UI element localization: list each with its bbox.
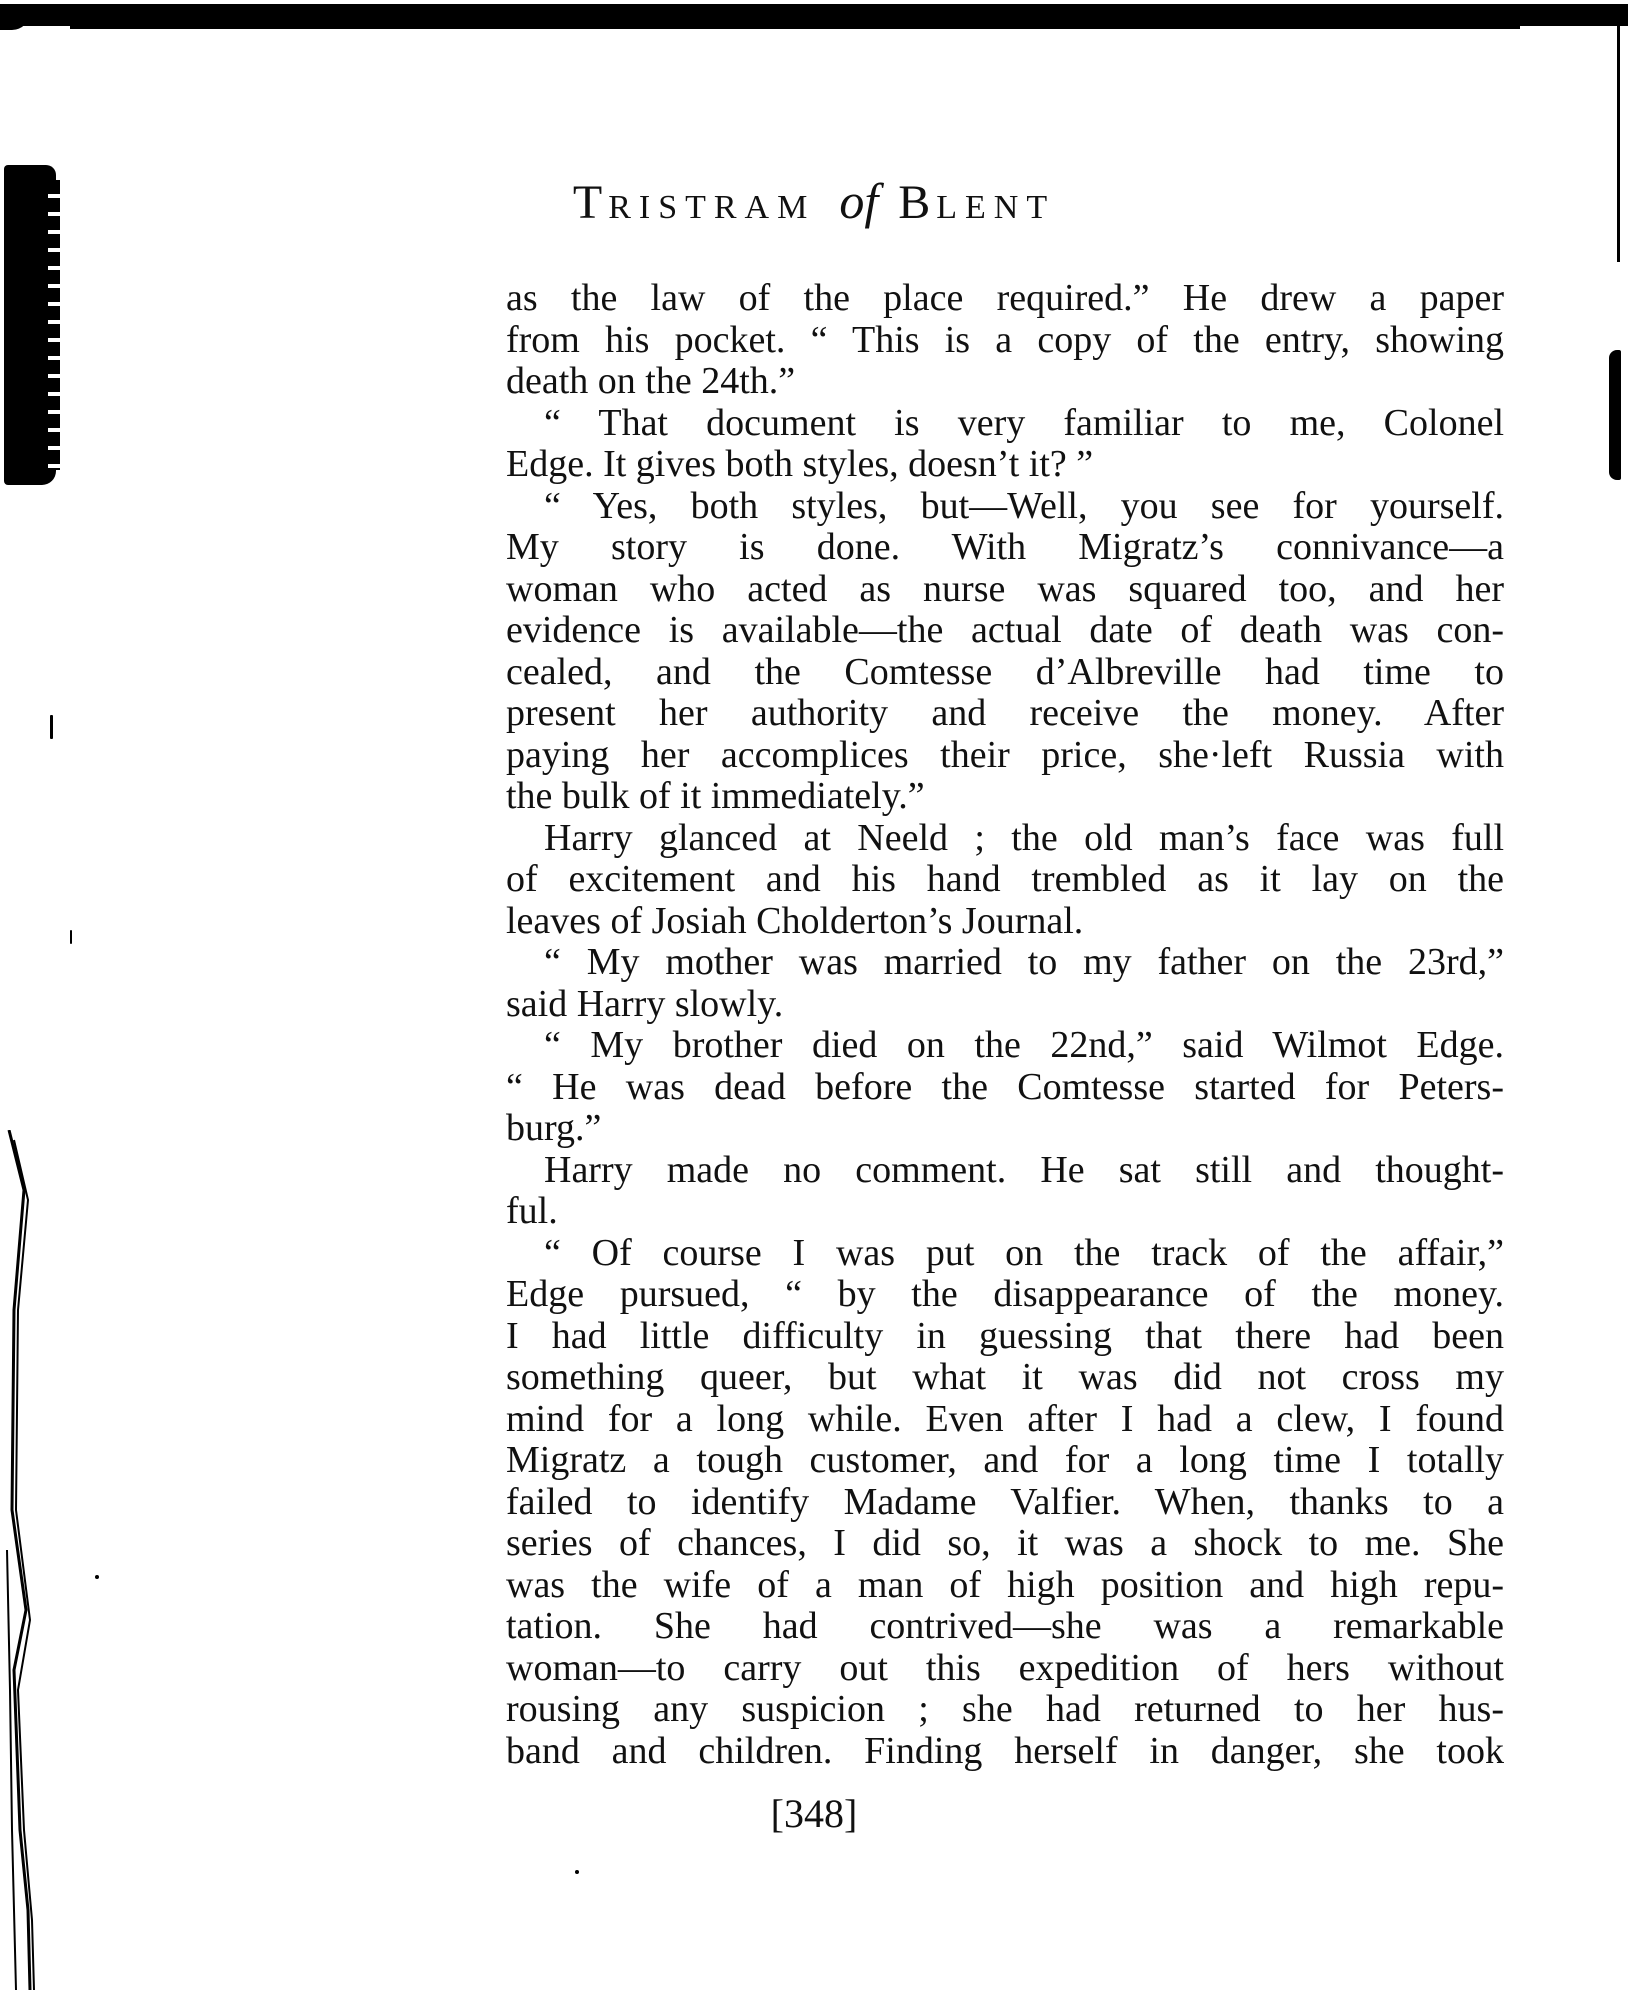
text-line: Harry made no comment. He sat still and … <box>506 1150 1504 1192</box>
running-head-connector: of <box>839 173 878 229</box>
text-line: as the law of the place required.” He dr… <box>506 278 1504 320</box>
text-line: from his pocket. “ This is a copy of the… <box>506 320 1504 362</box>
text-line: mind for a long while. Even after I had … <box>506 1399 1504 1441</box>
text-line: Migratz a tough customer, and for a long… <box>506 1440 1504 1482</box>
text-line: band and children. Finding herself in da… <box>506 1731 1504 1773</box>
text-line: My story is done. With Migratz’s conniva… <box>506 527 1504 569</box>
text-line: “ That document is very familiar to me, … <box>506 403 1504 445</box>
scan-page-edge-lines <box>6 1130 36 1990</box>
scan-right-edge-shadow <box>1609 350 1621 480</box>
page-number: [348] <box>0 1790 1628 1837</box>
text-line: Edge pursued, “ by the disappearance of … <box>506 1274 1504 1316</box>
scan-top-rule <box>70 26 1520 29</box>
text-line: something queer, but what it was did not… <box>506 1357 1504 1399</box>
running-head-initial-1: T <box>573 176 608 229</box>
scan-speck <box>95 1575 99 1579</box>
text-line: cealed, and the Comtesse d’Albreville ha… <box>506 652 1504 694</box>
text-line: “ My brother died on the 22nd,” said Wil… <box>506 1025 1504 1067</box>
body-text: as the law of the place required.” He dr… <box>506 278 1504 1772</box>
running-head-rest-1: RISTRAM <box>608 189 815 226</box>
text-line: Edge. It gives both styles, doesn’t it? … <box>506 444 1504 486</box>
text-line: death on the 24th.” <box>506 361 1504 403</box>
text-line: “ He was dead before the Comtesse starte… <box>506 1067 1504 1109</box>
text-line: “ My mother was married to my father on … <box>506 942 1504 984</box>
scan-corner-shadow <box>0 4 30 30</box>
text-line: “ Yes, both styles, but—Well, you see fo… <box>506 486 1504 528</box>
text-line: of excitement and his hand trembled as i… <box>506 859 1504 901</box>
running-head: TRISTRAM ofBLENT <box>0 172 1628 230</box>
text-line: leaves of Josiah Cholderton’s Journal. <box>506 901 1504 943</box>
scan-speck <box>575 1870 579 1874</box>
running-head-initial-2: B <box>898 176 936 229</box>
scan-top-edge <box>0 4 1628 26</box>
scan-speck <box>50 715 53 739</box>
text-line: tation. She had contrived—she was a rema… <box>506 1606 1504 1648</box>
text-line: rousing any suspicion ; she had returned… <box>506 1689 1504 1731</box>
text-line: woman who acted as nurse was squared too… <box>506 569 1504 611</box>
text-line: evidence is available—the actual date of… <box>506 610 1504 652</box>
text-line: the bulk of it immediately.” <box>506 776 1504 818</box>
text-line: Harry glanced at Neeld ; the old man’s f… <box>506 818 1504 860</box>
text-line: woman—to carry out this expedition of he… <box>506 1648 1504 1690</box>
text-line: was the wife of a man of high position a… <box>506 1565 1504 1607</box>
text-line: present her authority and receive the mo… <box>506 693 1504 735</box>
running-head-rest-2: LENT <box>936 189 1055 226</box>
scan-speck <box>70 930 72 944</box>
text-line: burg.” <box>506 1108 1504 1150</box>
text-line: I had little difficulty in guessing that… <box>506 1316 1504 1358</box>
text-line: failed to identify Madame Valfier. When,… <box>506 1482 1504 1524</box>
text-line: series of chances, I did so, it was a sh… <box>506 1523 1504 1565</box>
text-line: ful. <box>506 1191 1504 1233</box>
text-line: “ Of course I was put on the track of th… <box>506 1233 1504 1275</box>
text-line: said Harry slowly. <box>506 984 1504 1026</box>
text-line: paying her accomplices their price, she·… <box>506 735 1504 777</box>
